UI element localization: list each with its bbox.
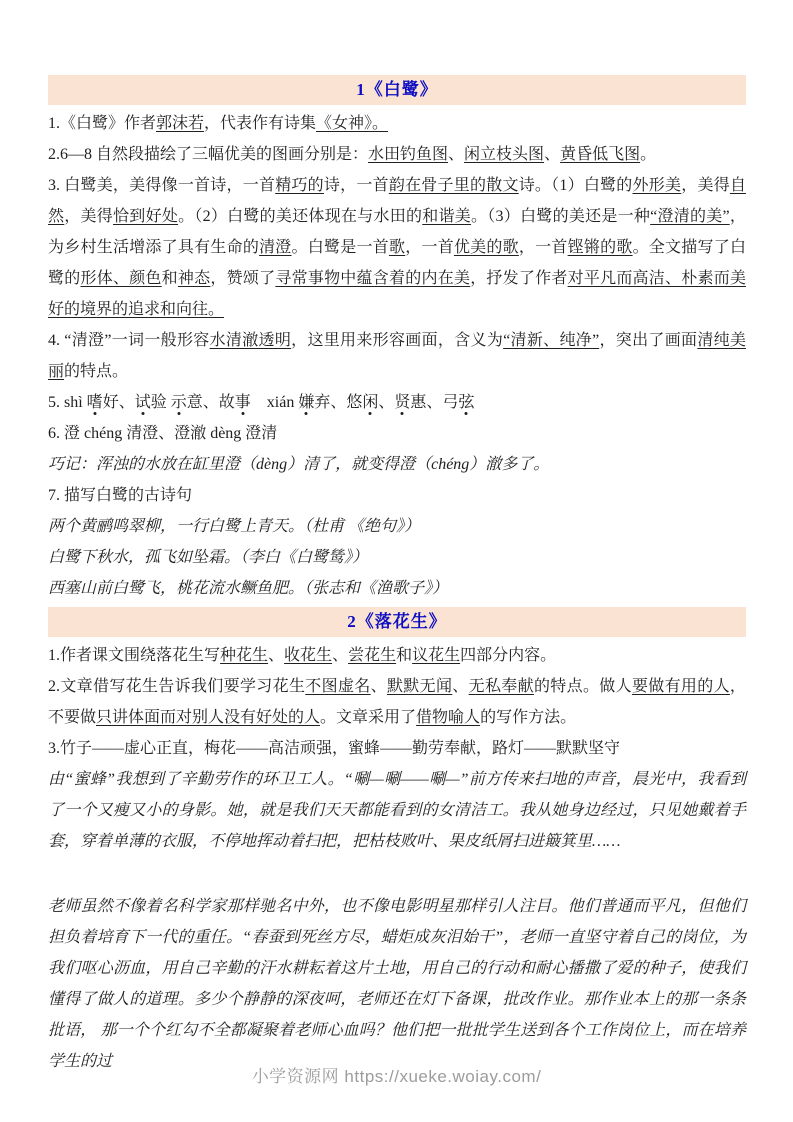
text-run: 诗，一首 [324, 177, 389, 194]
underlined-text: 水田钓鱼图 [368, 146, 448, 163]
text-run: 白鹭下秋水，孤飞如坠霜。（李白《白鹭鸶》） [48, 549, 368, 566]
text-run: 的特点。 [64, 363, 128, 380]
text-run: 3. 白鹭美，美得像一首诗，一首 [48, 177, 275, 194]
underlined-text: “澄清的美” [650, 208, 730, 225]
paragraph: 西塞山前白鹭飞，桃花流水鳜鱼肥。（张志和《渔歌子》） [48, 573, 746, 604]
text-run: 西塞山前白鹭飞，桃花流水鳜鱼肥。（张志和《渔歌子》） [48, 580, 448, 597]
text-run: 的写作方法。 [480, 709, 576, 726]
text-run: 老师虽然不像着名科学家那样驰名中外，也不像电影明星那样引人注目。他们普通而平凡，… [48, 898, 746, 1070]
underlined-text: 无私奉献 [469, 678, 534, 695]
paragraph: 2.文章借写花生告诉我们要学习花生不图虚名、默默无闻、无私奉献的特点。做人要做有… [48, 671, 746, 733]
underlined-text: 恰到好处 [113, 208, 178, 225]
text-run: 。 [640, 146, 656, 163]
underlined-text: 默默无闻 [387, 678, 452, 695]
text-run: 、 [371, 678, 387, 695]
underlined-text: 形体、颜色 [80, 270, 161, 287]
text-run: 的特点。做人 [534, 678, 632, 695]
underlined-text: 要做有用的人 [632, 678, 730, 695]
dot-emphasis-text: 闲 [362, 394, 378, 411]
section-header: 2《落花生》 [48, 607, 746, 637]
dot-emphasis-text: 事 [235, 394, 251, 411]
dot-emphasis-text: 贤 [394, 394, 410, 411]
text-run: 、 [448, 146, 464, 163]
text-run: 2.文章借写花生告诉我们要学习花生 [48, 678, 305, 695]
paragraph: 3.竹子——虚心正直，梅花——高洁顽强，蜜蜂——勤劳奉献，路灯——默默坚守 [48, 733, 746, 764]
paragraph: 2.6—8 自然段描绘了三幅优美的图画分别是：水田钓鱼图、闲立枝头图、黄昏低飞图… [48, 139, 746, 170]
underlined-text: 铿锵的歌 [568, 239, 633, 256]
site-footer: 小学资源网 https://xueke.woiay.com/ [0, 1062, 793, 1087]
dot-emphasis-text: 示 [171, 394, 187, 411]
text-run: 和 [396, 647, 412, 664]
text-run: 1.《白鹭》作者 [48, 115, 156, 132]
underlined-text: “清新、纯净” [503, 332, 599, 349]
paragraph: 老师虽然不像着名科学家那样驰名中外，也不像电影明星那样引人注目。他们普通而平凡，… [48, 891, 746, 1077]
underlined-text: 寻常事物中蕴含着的内在美 [275, 270, 470, 287]
paragraph: 7. 描写白鹭的古诗句 [48, 480, 746, 511]
paragraph: 3. 白鹭美，美得像一首诗，一首精巧的诗，一首韵在骨子里的散文诗。（1）白鹭的外… [48, 170, 746, 325]
text-run: 6. 澄 chéng 清澄、澄澈 dèng 澄清 [48, 425, 277, 442]
text-run: 3.竹子——虚心正直，梅花——高洁顽强，蜜蜂——勤劳奉献，路灯——默默坚守 [48, 740, 620, 757]
text-run: 、 [378, 394, 394, 411]
underlined-text: 韵在骨子里的散文 [389, 177, 519, 194]
text-run: xián [251, 394, 299, 411]
underlined-text: 黄昏低飞图 [560, 146, 640, 163]
text-run: ，这里用来形容画面，含义为 [291, 332, 503, 349]
text-run: 巧记：浑浊的水放在缸里澄（dèng）清了，就变得澄（chéng）澈多了。 [48, 456, 549, 473]
underlined-text: 议花生 [412, 647, 460, 664]
underlined-text: 神态 [178, 270, 210, 287]
text-run: 惠、弓 [410, 394, 458, 411]
paragraph: 4. “清澄”一词一般形容水清澈透明，这里用来形容画面，含义为“清新、纯净”，突… [48, 325, 746, 387]
underlined-text: 郭沫若 [156, 115, 204, 132]
underlined-text: 不图虚名 [305, 678, 370, 695]
blank-line [48, 857, 746, 891]
underlined-text: 闲立枝头图 [464, 146, 544, 163]
text-run: 、 [452, 678, 468, 695]
text-run: ，美得 [681, 177, 730, 194]
text-run: 诗。（1）白鹭的 [519, 177, 633, 194]
text-run: 和 [162, 270, 178, 287]
underlined-text: 种花生 [220, 647, 268, 664]
text-run: ，赞颂了 [210, 270, 275, 287]
text-run: 意、故 [187, 394, 235, 411]
footer-site-url: https://xueke.woiay.com/ [344, 1067, 541, 1086]
underlined-text: 借物喻人 [416, 709, 480, 726]
text-run: 、 [544, 146, 560, 163]
paragraph: 巧记：浑浊的水放在缸里澄（dèng）清了，就变得澄（chéng）澈多了。 [48, 449, 746, 480]
text-run: 。白鹭是一首 [292, 239, 389, 256]
text-run: ，抒发了作者 [470, 270, 567, 287]
text-run: ，代表作有诗集 [204, 115, 316, 132]
text-run: 验 [151, 394, 171, 411]
text-run: 由“蜜蜂”我想到了辛勤劳作的环卫工人。“唰—唰——唰—”前方传来扫地的声音，晨光… [48, 771, 746, 850]
paragraph: 由“蜜蜂”我想到了辛勤劳作的环卫工人。“唰—唰——唰—”前方传来扫地的声音，晨光… [48, 764, 746, 857]
underlined-text: 收花生 [284, 647, 332, 664]
dot-emphasis-text: 弦 [458, 394, 474, 411]
text-run: 5. shì [48, 394, 87, 411]
underlined-text: 只讲体面而对别人没有好处的人 [96, 709, 320, 726]
underlined-text: 尝花生 [348, 647, 396, 664]
text-run: 。（3）白鹭的美还是一种 [471, 208, 650, 225]
paragraph: 两个黄鹂鸣翠柳，一行白鹭上青天。（杜甫 《绝句》） [48, 511, 746, 542]
document-body: 1《白鹭》1.《白鹭》作者郭沫若，代表作有诗集《女神》。 2.6—8 自然段描绘… [48, 75, 746, 1077]
text-run: 。文章采用了 [320, 709, 416, 726]
underlined-text: 优美的歌 [454, 239, 519, 256]
text-run: 2.6—8 自然段描绘了三幅优美的图画分别是： [48, 146, 368, 163]
paragraph: 1.《白鹭》作者郭沫若，代表作有诗集《女神》。 [48, 108, 746, 139]
paragraph: 6. 澄 chéng 清澄、澄澈 dèng 澄清 [48, 418, 746, 449]
dot-emphasis-text: 嗜 [87, 394, 103, 411]
text-run: 。（2）白鹭的美还体现在与水田的 [178, 208, 422, 225]
text-run: ，美得 [64, 208, 113, 225]
text-run: ，一首 [519, 239, 568, 256]
text-run: 1.作者课文围绕落花生写 [48, 647, 220, 664]
text-run: 、 [268, 647, 284, 664]
underlined-text: 外形美 [633, 177, 682, 194]
footer-site-name: 小学资源网 [252, 1067, 340, 1086]
underlined-text: 《女神》。 [316, 115, 388, 132]
paragraph: 5. shì 嗜好、试验 示意、故事 xián 嫌弃、悠闲、贤惠、弓弦 [48, 387, 746, 418]
text-run: 两个黄鹂鸣翠柳，一行白鹭上青天。（杜甫 《绝句》） [48, 518, 420, 535]
document-page: 1《白鹭》1.《白鹭》作者郭沫若，代表作有诗集《女神》。 2.6—8 自然段描绘… [0, 0, 793, 1122]
paragraph: 1.作者课文围绕落花生写种花生、收花生、尝花生和议花生四部分内容。 [48, 640, 746, 671]
dot-emphasis-text: 试 [135, 394, 151, 411]
underlined-text: 精巧的 [275, 177, 324, 194]
text-run: 4. “清澄”一词一般形容 [48, 332, 210, 349]
text-run: ，突出了画面 [599, 332, 697, 349]
dot-emphasis-text: 嫌 [298, 394, 314, 411]
text-run: 弃、悠 [314, 394, 362, 411]
section-header: 1《白鹭》 [48, 75, 746, 105]
text-run: 、 [332, 647, 348, 664]
underlined-text: 水清澈透明 [210, 332, 292, 349]
underlined-text: 和谐美 [422, 208, 471, 225]
text-run: 四部分内容。 [460, 647, 556, 664]
text-run: 7. 描写白鹭的古诗句 [48, 487, 192, 504]
text-run: ，一首 [405, 239, 454, 256]
underlined-text: 歌 [389, 239, 405, 256]
paragraph: 白鹭下秋水，孤飞如坠霜。（李白《白鹭鸶》） [48, 542, 746, 573]
text-run: 好、 [103, 394, 135, 411]
underlined-text: 清澄 [259, 239, 291, 256]
